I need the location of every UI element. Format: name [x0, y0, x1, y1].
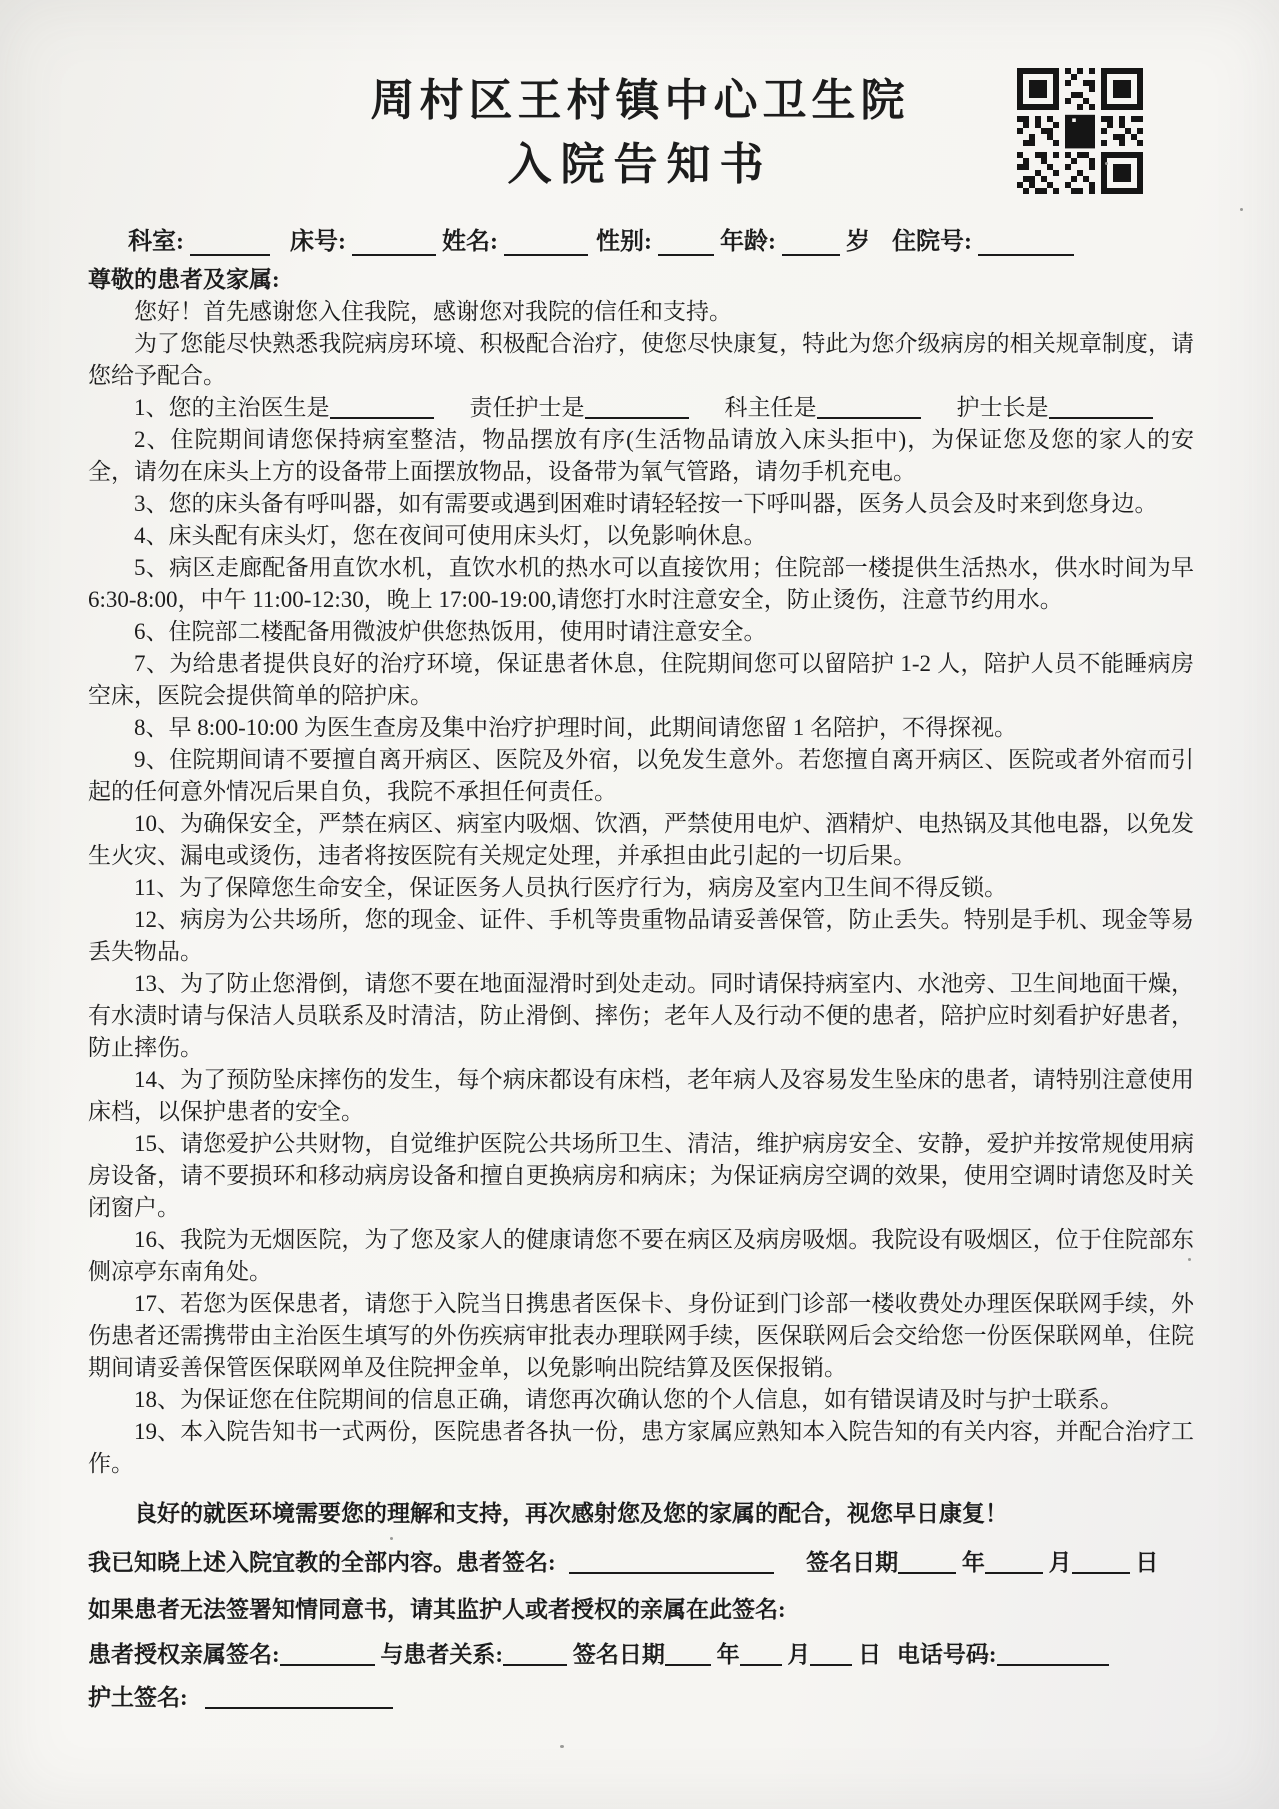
admission-no-label: 住院号: [892, 226, 972, 258]
salutation: 尊敬的患者及家属: [88, 264, 1194, 296]
closing-wish: 良好的就医环境需要您的理解和支持，再次感射您及您的家属的配合，视您早日康复！ [88, 1498, 1194, 1530]
document-title: 周村区王村镇中心卫生院 入院告知书 [250, 72, 1030, 194]
day-label-2: 日 [858, 1642, 881, 1667]
sign-month-blank [985, 1549, 1043, 1574]
patient-info-row: 科室: 床号: 姓名: 性别: 年龄: 岁 住院号: [128, 226, 1194, 258]
scan-speck [1188, 1258, 1191, 1261]
scan-speck [560, 1745, 564, 1748]
intro-paragraph: 您好！首先感谢您入住我院，感谢您对我院的信任和支持。 [88, 296, 1194, 328]
family-year-blank [665, 1641, 711, 1666]
name-label: 姓名: [442, 226, 498, 258]
notice-item: 10、为确保安全，严禁在病区、病室内吸烟、饮酒，严禁使用电炉、酒精炉、电热锅及其… [88, 808, 1194, 872]
notice-item: 13、为了防止您滑倒，请您不要在地面湿滑时到处走动。同时请保持病室内、水池旁、卫… [88, 968, 1194, 1064]
head-nurse-label: 护士长是 [957, 395, 1049, 420]
phone-blank [997, 1641, 1109, 1666]
phone-label: 电话号码: [897, 1642, 997, 1667]
notice-item: 8、早 8:00-10:00 为医生查房及集中治疗护理时间，此期间请您留 1 名… [88, 712, 1194, 744]
notice-item: 6、住院部二楼配备用微波炉供您热饭用，使用时请注意安全。 [88, 616, 1194, 648]
scan-speck [1105, 162, 1108, 165]
notice-item: 17、若您为医保患者，请您于入院当日携患者医保卡、身份证到门诊部一楼收费处办理医… [88, 1288, 1194, 1384]
notice-item: 4、床头配有床头灯，您在夜间可使用床头灯，以免影响休息。 [88, 520, 1194, 552]
intro-paragraph: 为了您能尽快熟悉我院病房环境、积极配合治疗，使您尽快康复，特此为您介级病房的相关… [88, 328, 1194, 392]
sign-day-blank [1072, 1549, 1130, 1574]
day-label: 日 [1135, 1550, 1158, 1575]
dept-label: 科室: [128, 226, 184, 258]
name-blank [504, 230, 588, 256]
admission-notice-document: 周村区王村镇中心卫生院 入院告知书 科室: 床号: 姓名: [0, 0, 1279, 1809]
relation-blank [503, 1641, 567, 1666]
family-signature-row: 患者授权亲属签名: 与患者关系: 签名日期 年 月 日 电话号码: [88, 1639, 1194, 1671]
month-label: 月 [1049, 1550, 1072, 1575]
item-1-number: 1、 [134, 395, 169, 420]
qr-code-icon [1017, 66, 1143, 196]
acknowledgement-text: 我已知晓上述入院宜教的全部内容。患者签名: [88, 1550, 556, 1575]
age-label: 年龄: [720, 226, 776, 258]
year-label: 年 [962, 1550, 985, 1575]
dept-blank [190, 230, 270, 256]
sign-date-label-2: 签名日期 [573, 1642, 665, 1667]
month-label-2: 月 [787, 1642, 810, 1667]
notice-item: 11、为了保障您生命安全，保证医务人员执行医疗行为，病房及室内卫生间不得反锁。 [88, 872, 1194, 904]
sign-date-label: 签名日期 [806, 1550, 898, 1575]
dept-director-label: 科主任是 [725, 395, 817, 420]
scan-speck [390, 1537, 393, 1540]
scan-speck [1050, 1147, 1054, 1150]
admission-no-blank [978, 230, 1074, 256]
notice-item: 14、为了预防坠床摔伤的发生，每个病床都设有床档，老年病人及容易发生坠床的患者，… [88, 1064, 1194, 1128]
gender-label: 性别: [596, 226, 652, 258]
bed-blank [352, 230, 436, 256]
family-sign-label: 患者授权亲属签名: [88, 1642, 280, 1667]
scan-speck [905, 234, 909, 238]
nurse-signature-row: 护土签名: [88, 1682, 1194, 1714]
patient-acknowledgement-row: 我已知晓上述入院宜教的全部内容。患者签名: 签名日期 年 月 日 [88, 1547, 1194, 1579]
attending-doctor-blank [330, 394, 434, 419]
patient-signature-blank [569, 1549, 774, 1574]
age-blank [782, 230, 840, 256]
document-subtitle: 入院告知书 [250, 136, 1030, 194]
duty-nurse-blank [585, 394, 689, 419]
year-label-2: 年 [717, 1642, 740, 1667]
bed-label: 床号: [290, 226, 346, 258]
nurse-sign-label: 护土签名: [88, 1685, 188, 1710]
notice-item: 18、为保证您在住院期间的信息正确，请您再次确认您的个人信息，如有错误请及时与护… [88, 1384, 1194, 1416]
attending-doctor-label: 您的主治医生是 [169, 395, 330, 420]
notice-item: 9、住院期间请不要擅自离开病区、医院及外宿，以免发生意外。若您擅自离开病区、医院… [88, 744, 1194, 808]
family-month-blank [740, 1641, 782, 1666]
hospital-name: 周村区王村镇中心卫生院 [250, 72, 1030, 130]
notice-item: 3、您的床头备有呼叫器，如有需要或遇到困难时请轻轻按一下呼叫器，医务人员会及时来… [88, 488, 1194, 520]
notice-item: 19、本入院告知书一式两份，医院患者各执一份，患方家属应熟知本入院告知的有关内容… [88, 1416, 1194, 1480]
nurse-signature-blank [205, 1684, 393, 1709]
gender-blank [658, 230, 714, 256]
family-day-blank [810, 1641, 852, 1666]
notice-body: 科室: 床号: 姓名: 性别: 年龄: 岁 住院号: 尊敬的患者及家属: 您好！… [88, 226, 1194, 1714]
scan-speck [318, 1105, 321, 1108]
notice-item: 16、我院为无烟医院，为了您及家人的健康请您不要在病区及病房吸烟。我院设有吸烟区… [88, 1224, 1194, 1288]
duty-nurse-label: 责任护士是 [470, 395, 585, 420]
notice-item: 7、为给患者提供良好的治疗环境，保证患者休息，住院期间您可以留陪护 1-2 人，… [88, 648, 1194, 712]
notice-item: 12、病房为公共场所，您的现金、证件、手机等贵重物品请妥善保管，防止丢失。特别是… [88, 904, 1194, 968]
notice-item: 15、请您爱护公共财物，自觉维护医院公共场所卫生、清洁，维护病房安全、安静，爱护… [88, 1128, 1194, 1224]
item-1: 1、您的主治医生是责任护士是科主任是护士长是 [88, 392, 1194, 424]
relation-label: 与患者关系: [380, 1642, 503, 1667]
notice-item: 5、病区走廊配备用直饮水机，直饮水机的热水可以直接饮用；住院部一楼提供生活热水，… [88, 552, 1194, 616]
scan-speck [1240, 208, 1243, 211]
dept-director-blank [817, 394, 921, 419]
head-nurse-blank [1049, 394, 1153, 419]
sign-year-blank [898, 1549, 956, 1574]
guardian-note: 如果患者无法签署知情同意书，请其监护人或者授权的亲属在此签名: [88, 1594, 1194, 1626]
family-signature-blank [280, 1641, 375, 1666]
age-suffix: 岁 [846, 226, 870, 258]
notice-item: 2、住院期间请您保持病室整洁，物品摆放有序(生活物品请放入床头拒中)，为保证您及… [88, 424, 1194, 488]
